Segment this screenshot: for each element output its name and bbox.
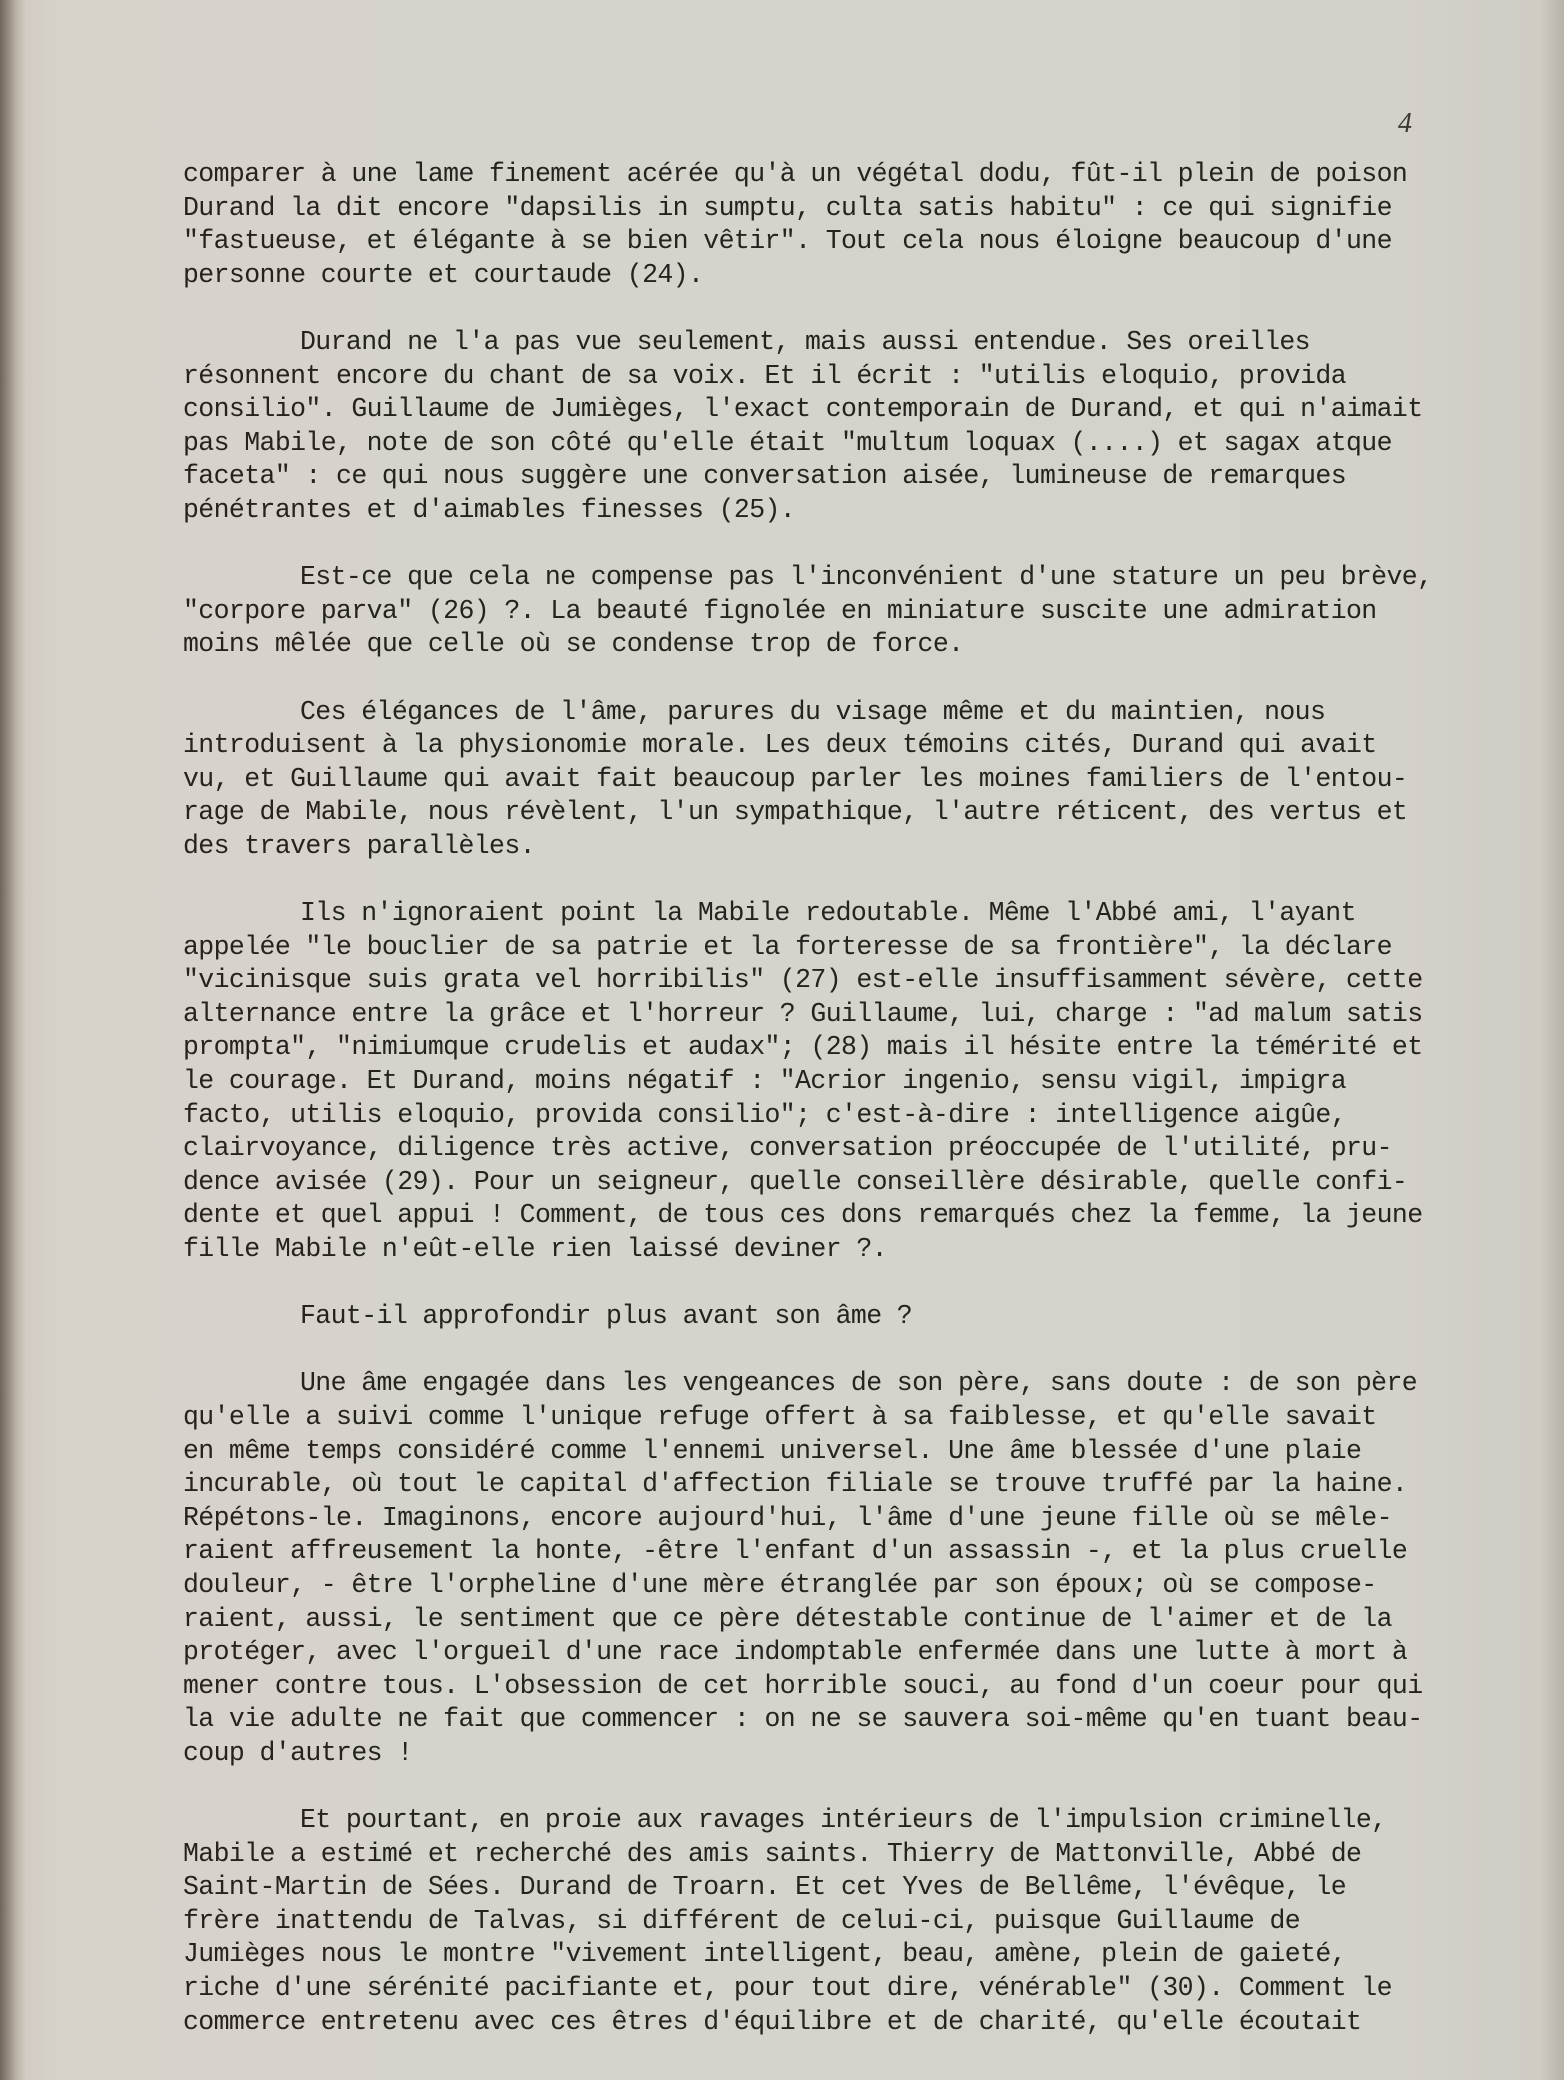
text-line: "fastueuse, et élégante à se bien vêtir"… (183, 225, 1523, 259)
text-line: riche d'une sérénité pacifiante et, pour… (183, 1972, 1523, 2006)
text-line: dente et quel appui ! Comment, de tous c… (183, 1199, 1523, 1233)
text-line: frère inattendu de Talvas, si différent … (183, 1905, 1523, 1939)
typewritten-page: 4 comparer à une lame finement acérée qu… (0, 0, 1564, 2080)
text-line: introduisent à la physionomie morale. Le… (183, 729, 1523, 763)
text-line: Ces élégances de l'âme, parures du visag… (183, 696, 1523, 730)
text-line: douleur, - être l'orpheline d'une mère é… (183, 1569, 1523, 1603)
text-line: "vicinisque suis grata vel horribilis" (… (183, 964, 1523, 998)
text-line: clairvoyance, diligence très active, con… (183, 1132, 1523, 1166)
paragraph: Ils n'ignoraient point la Mabile redouta… (183, 897, 1523, 1267)
text-line: incurable, où tout le capital d'affectio… (183, 1468, 1523, 1502)
text-line: prompta", "nimiumque crudelis et audax";… (183, 1031, 1523, 1065)
text-line: comparer à une lame finement acérée qu'à… (183, 158, 1523, 192)
text-line: résonnent encore du chant de sa voix. Et… (183, 360, 1523, 394)
text-line: pénétrantes et d'aimables finesses (25). (183, 494, 1523, 528)
text-line: rage de Mabile, nous révèlent, l'un symp… (183, 796, 1523, 830)
text-line: fille Mabile n'eût-elle rien laissé devi… (183, 1233, 1523, 1267)
text-line: facto, utilis eloquio, provida consilio"… (183, 1099, 1523, 1133)
text-line: appelée "le bouclier de sa patrie et la … (183, 931, 1523, 965)
text-line: Jumièges nous le montre "vivement intell… (183, 1938, 1523, 1972)
text-line: Faut-il approfondir plus avant son âme ? (183, 1300, 1523, 1334)
text-line: le courage. Et Durand, moins négatif : "… (183, 1065, 1523, 1099)
text-line: pas Mabile, note de son côté qu'elle éta… (183, 427, 1523, 461)
paragraph: Une âme engagée dans les vengeances de s… (183, 1367, 1523, 1770)
text-line: Et pourtant, en proie aux ravages intéri… (183, 1804, 1523, 1838)
text-line: Durand ne l'a pas vue seulement, mais au… (183, 326, 1523, 360)
text-line: qu'elle a suivi comme l'unique refuge of… (183, 1401, 1523, 1435)
text-line: Durand la dit encore "dapsilis in sumptu… (183, 192, 1523, 226)
paragraph: Est-ce que cela ne compense pas l'inconv… (183, 561, 1523, 662)
text-line: protéger, avec l'orgueil d'une race indo… (183, 1636, 1523, 1670)
paragraph: Durand ne l'a pas vue seulement, mais au… (183, 326, 1523, 528)
text-line: consilio". Guillaume de Jumièges, l'exac… (183, 393, 1523, 427)
text-line: raient, aussi, le sentiment que ce père … (183, 1603, 1523, 1637)
paragraph: Ces élégances de l'âme, parures du visag… (183, 696, 1523, 864)
text-line: en même temps considéré comme l'ennemi u… (183, 1435, 1523, 1469)
text-line: vu, et Guillaume qui avait fait beaucoup… (183, 763, 1523, 797)
text-line: moins mêlée que celle où se condense tro… (183, 628, 1523, 662)
text-line: Est-ce que cela ne compense pas l'inconv… (183, 561, 1523, 595)
text-line: Répétons-le. Imaginons, encore aujourd'h… (183, 1502, 1523, 1536)
text-line: dence avisée (29). Pour un seigneur, que… (183, 1166, 1523, 1200)
text-line: Saint-Martin de Sées. Durand de Troarn. … (183, 1871, 1523, 1905)
text-line: mener contre tous. L'obsession de cet ho… (183, 1670, 1523, 1704)
body-text: comparer à une lame finement acérée qu'à… (183, 158, 1523, 2073)
text-line: des travers parallèles. (183, 830, 1523, 864)
paragraph: Faut-il approfondir plus avant son âme ? (183, 1300, 1523, 1334)
paragraph: Et pourtant, en proie aux ravages intéri… (183, 1804, 1523, 2039)
page-number: 4 (1398, 108, 1412, 140)
text-line: commerce entretenu avec ces êtres d'équi… (183, 2006, 1523, 2040)
paragraph: comparer à une lame finement acérée qu'à… (183, 158, 1523, 292)
text-line: raient affreusement la honte, -être l'en… (183, 1535, 1523, 1569)
text-line: coup d'autres ! (183, 1737, 1523, 1771)
text-line: Ils n'ignoraient point la Mabile redouta… (183, 897, 1523, 931)
text-line: "corpore parva" (26) ?. La beauté fignol… (183, 595, 1523, 629)
text-line: personne courte et courtaude (24). (183, 259, 1523, 293)
text-line: Mabile a estimé et recherché des amis sa… (183, 1838, 1523, 1872)
text-line: faceta" : ce qui nous suggère une conver… (183, 460, 1523, 494)
text-line: la vie adulte ne fait que commencer : on… (183, 1703, 1523, 1737)
text-line: alternance entre la grâce et l'horreur ?… (183, 998, 1523, 1032)
text-line: Une âme engagée dans les vengeances de s… (183, 1367, 1523, 1401)
